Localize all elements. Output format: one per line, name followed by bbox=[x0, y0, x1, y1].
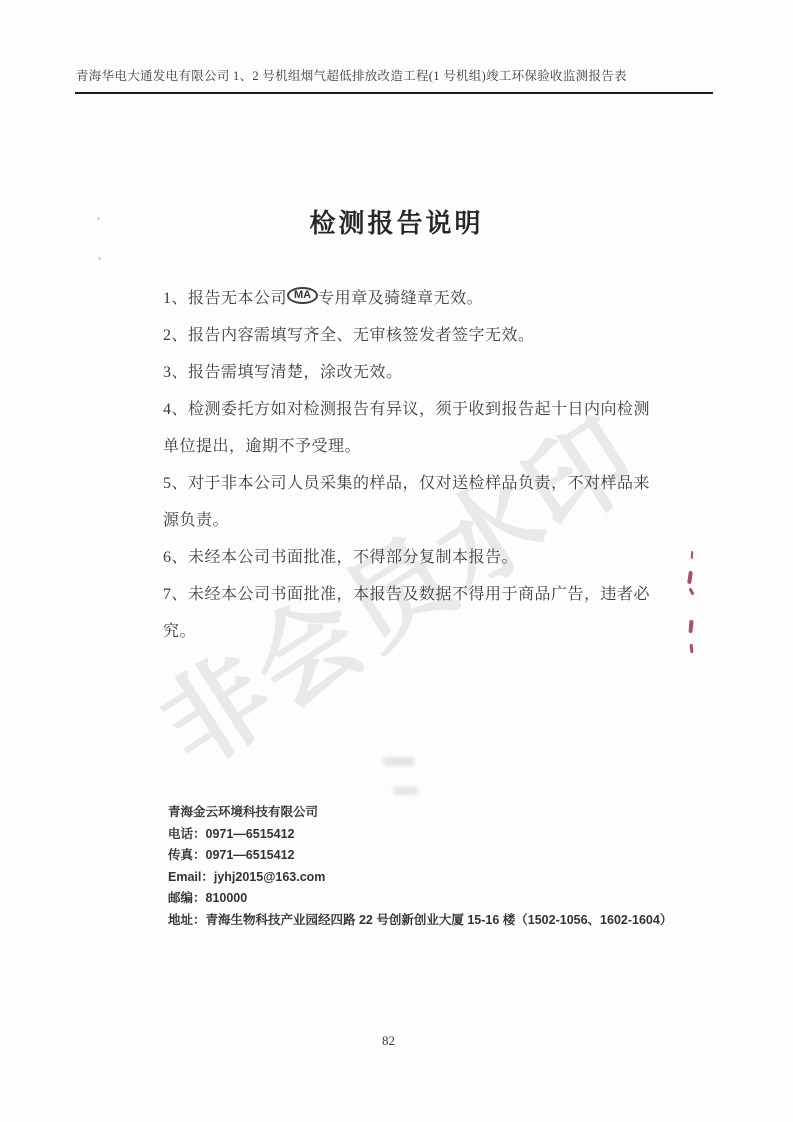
note-item-7-line-1: 7、未经本公司书面批准，本报告及数据不得用于商品广告，违者必 bbox=[163, 576, 645, 613]
red-stamp-fragment bbox=[691, 551, 694, 559]
page-header: 青海华电大通发电有限公司 1、2 号机组烟气超低排放改造工程(1 号机组)竣工环… bbox=[76, 66, 736, 84]
page-title: 检测报告说明 bbox=[0, 203, 793, 240]
lab-contact-block: 青海金云环境科技有限公司 电话：0971—6515412 传真：0971—651… bbox=[168, 802, 688, 931]
note-item-4-line-2: 单位提出，逾期不予受理。 bbox=[163, 428, 645, 465]
cma-ma-mark-icon: MA bbox=[287, 287, 318, 304]
lab-fax: 传真：0971—6515412 bbox=[168, 845, 688, 867]
note-item-1-suffix: 专用章及骑缝章无效。 bbox=[318, 290, 483, 307]
lab-company-name: 青海金云环境科技有限公司 bbox=[168, 802, 688, 824]
note-item-6: 6、未经本公司书面批准，不得部分复制本报告。 bbox=[163, 539, 645, 576]
note-item-7-line-2: 究。 bbox=[163, 613, 645, 650]
note-item-2: 2、报告内容需填写齐全、无审核签发者签字无效。 bbox=[163, 317, 645, 354]
report-notes-list: 1、报告无本公司MA专用章及骑缝章无效。 2、报告内容需填写齐全、无审核签发者签… bbox=[163, 280, 645, 650]
note-item-1-prefix: 1、报告无本公司 bbox=[163, 290, 287, 307]
red-stamp-fragment bbox=[687, 571, 693, 584]
page-number: 82 bbox=[0, 1033, 777, 1049]
scanned-report-page: 非会员水印 青海华电大通发电有限公司 1、2 号机组烟气超低排放改造工程(1 号… bbox=[0, 0, 793, 1122]
lab-email: Email：jyhj2015@163.com bbox=[168, 867, 688, 889]
red-stamp-fragment bbox=[690, 644, 694, 653]
scan-speck bbox=[97, 217, 100, 220]
scan-smudge bbox=[393, 787, 419, 795]
lab-postcode: 邮编：810000 bbox=[168, 888, 688, 910]
scan-smudge bbox=[383, 757, 415, 766]
red-stamp-fragment bbox=[688, 620, 693, 633]
note-item-5-line-2: 源负责。 bbox=[163, 502, 645, 539]
note-item-5-line-1: 5、对于非本公司人员采集的样品，仅对送检样品负责，不对样品来 bbox=[163, 465, 645, 502]
lab-address: 地址：青海生物科技产业园经四路 22 号创新创业大厦 15-16 楼（1502-… bbox=[168, 910, 688, 932]
note-item-3: 3、报告需填写清楚，涂改无效。 bbox=[163, 354, 645, 391]
header-divider bbox=[75, 92, 713, 94]
note-item-4-line-1: 4、检测委托方如对检测报告有异议，须于收到报告起十日内向检测 bbox=[163, 391, 645, 428]
scan-speck bbox=[98, 257, 101, 260]
note-item-1: 1、报告无本公司MA专用章及骑缝章无效。 bbox=[163, 280, 645, 317]
lab-phone: 电话：0971—6515412 bbox=[168, 824, 688, 846]
red-stamp-fragment bbox=[689, 588, 695, 596]
